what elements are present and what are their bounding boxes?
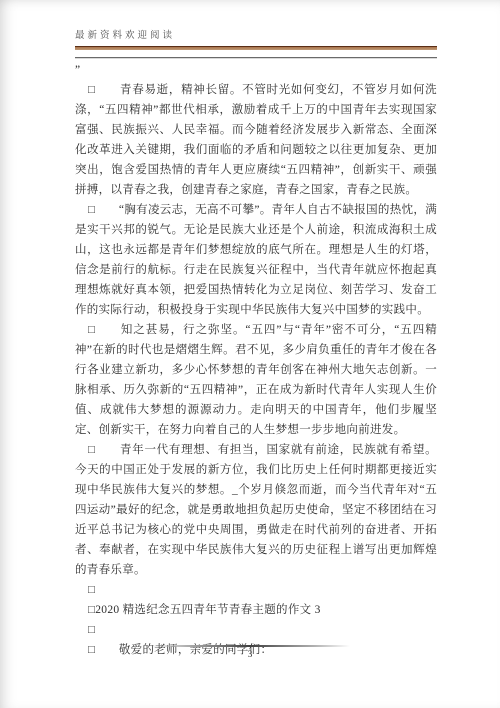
body-paragraph: □ 知之甚易，行之弥坚。“五四”与“青年”密不可分，“五四精神”在新的时代也是熠… [75, 320, 437, 440]
empty-paragraph-marker: □ [75, 580, 437, 600]
empty-paragraph-marker: □ [75, 620, 437, 640]
lead-closing-quote: ” [75, 60, 437, 80]
document-page: 最新资料欢迎阅读 ” □ 青春易逝，精神长留。不管时光如何变幻，不管岁月如何洗涤… [0, 0, 500, 708]
header-title: 最新资料欢迎阅读 [75, 27, 437, 41]
body-paragraph: □ “胸有凌云志，无高不可攀”。青年人自古不缺报国的热忱，满是实干兴邦的锐气。无… [75, 200, 437, 320]
footer-rule [150, 645, 350, 647]
page-header: 最新资料欢迎阅读 [75, 27, 437, 59]
document-body: ” □ 青春易逝，精神长留。不管时光如何变幻，不管岁月如何洗涤，“五四精神”都世… [75, 60, 437, 660]
body-paragraph: □ 青年一代有理想、有担当，国家就有前途，民族就有希望。今天的中国正处于发展的新… [75, 440, 437, 580]
header-rule-brown [75, 46, 437, 50]
body-paragraph: □ 青春易逝，精神长留。不管时光如何变幻，不管岁月如何洗涤，“五四精神”都世代相… [75, 80, 437, 200]
page-number: 3 [0, 650, 500, 660]
section-title: □2020 精选纪念五四青年节青春主题的作文 3 [75, 600, 437, 620]
header-rule-gray [75, 57, 437, 59]
